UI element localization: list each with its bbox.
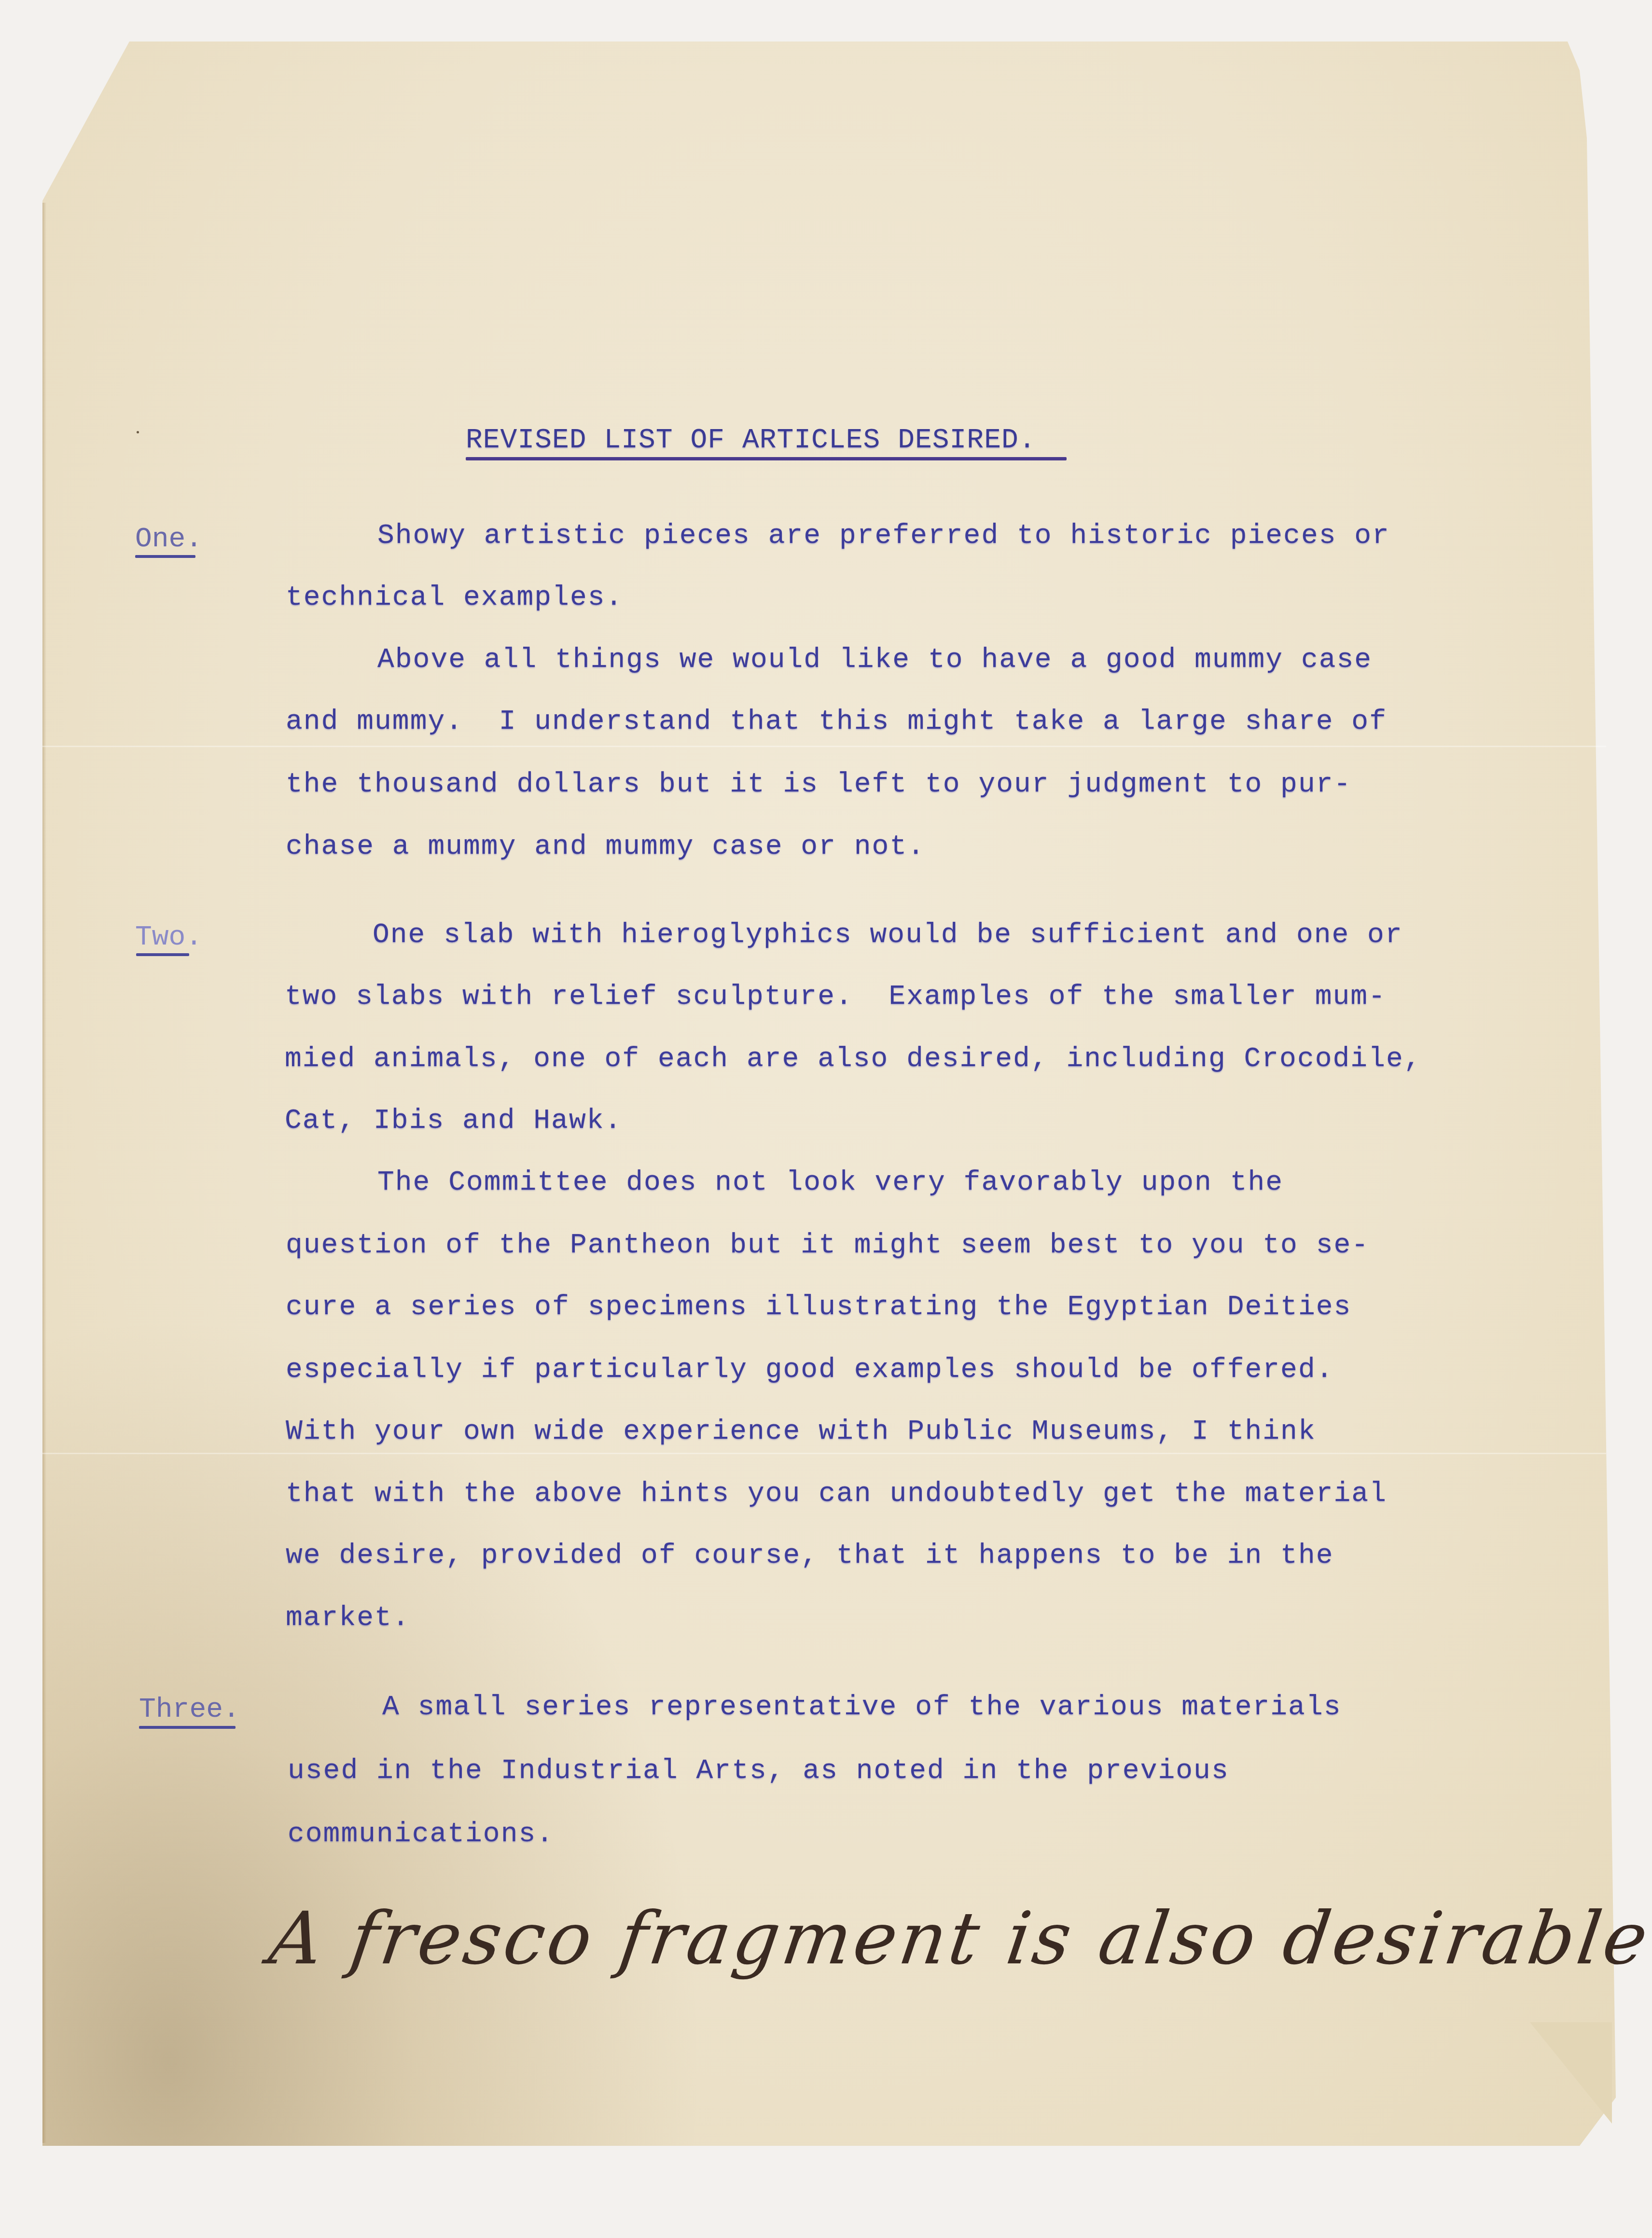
text-line: used in the Industrial Arts, as noted in…: [288, 1755, 1229, 1787]
text-line: mied animals, one of each are also desir…: [285, 1043, 1422, 1075]
text-line: The Committee does not look very favorab…: [377, 1167, 1283, 1198]
text-line: chase a mummy and mummy case or not.: [286, 831, 925, 862]
text-line: communications.: [288, 1819, 554, 1850]
text-line: especially if particularly good examples…: [286, 1354, 1334, 1386]
section-label-three: Three.: [139, 1694, 240, 1725]
handwritten-note: A fresco fragment is also desirable.: [264, 1897, 1652, 1981]
document-paper: [42, 42, 1616, 2146]
text-line: Above all things we would like to have a…: [377, 644, 1372, 676]
fold-crease: [42, 746, 1606, 747]
fold-crease: [42, 1453, 1606, 1454]
text-line: technical examples.: [286, 582, 623, 613]
text-line: that with the above hints you can undoub…: [286, 1478, 1387, 1510]
section-label-underline: [136, 953, 189, 956]
title-underline: [466, 457, 1067, 460]
text-line: two slabs with relief sculpture. Example…: [285, 981, 1386, 1013]
text-line: Cat, Ibis and Hawk.: [285, 1105, 622, 1137]
text-line: cure a series of specimens illustrating …: [286, 1292, 1351, 1323]
text-line: Showy artistic pieces are preferred to h…: [377, 520, 1390, 552]
section-label-underline: [139, 1726, 236, 1729]
stray-mark: [137, 431, 139, 433]
text-line: we desire, provided of course, that it h…: [286, 1540, 1334, 1571]
text-line: the thousand dollars but it is left to y…: [286, 769, 1351, 800]
section-label-two: Two.: [135, 922, 202, 953]
document-title: REVISED LIST OF ARTICLES DESIRED.: [466, 425, 1036, 456]
text-line: A small series representative of the var…: [382, 1692, 1342, 1723]
text-line: question of the Pantheon but it might se…: [286, 1230, 1369, 1261]
text-line: market.: [286, 1602, 410, 1634]
paper-edge-shadow: [42, 203, 46, 2143]
section-label-underline: [135, 555, 195, 558]
text-line: and mummy. I understand that this might …: [286, 706, 1387, 737]
text-line: With your own wide experience with Publi…: [286, 1416, 1316, 1447]
section-label-one: One.: [135, 524, 202, 555]
text-line: One slab with hieroglyphics would be suf…: [373, 919, 1403, 951]
folded-corner: [1530, 2022, 1612, 2124]
